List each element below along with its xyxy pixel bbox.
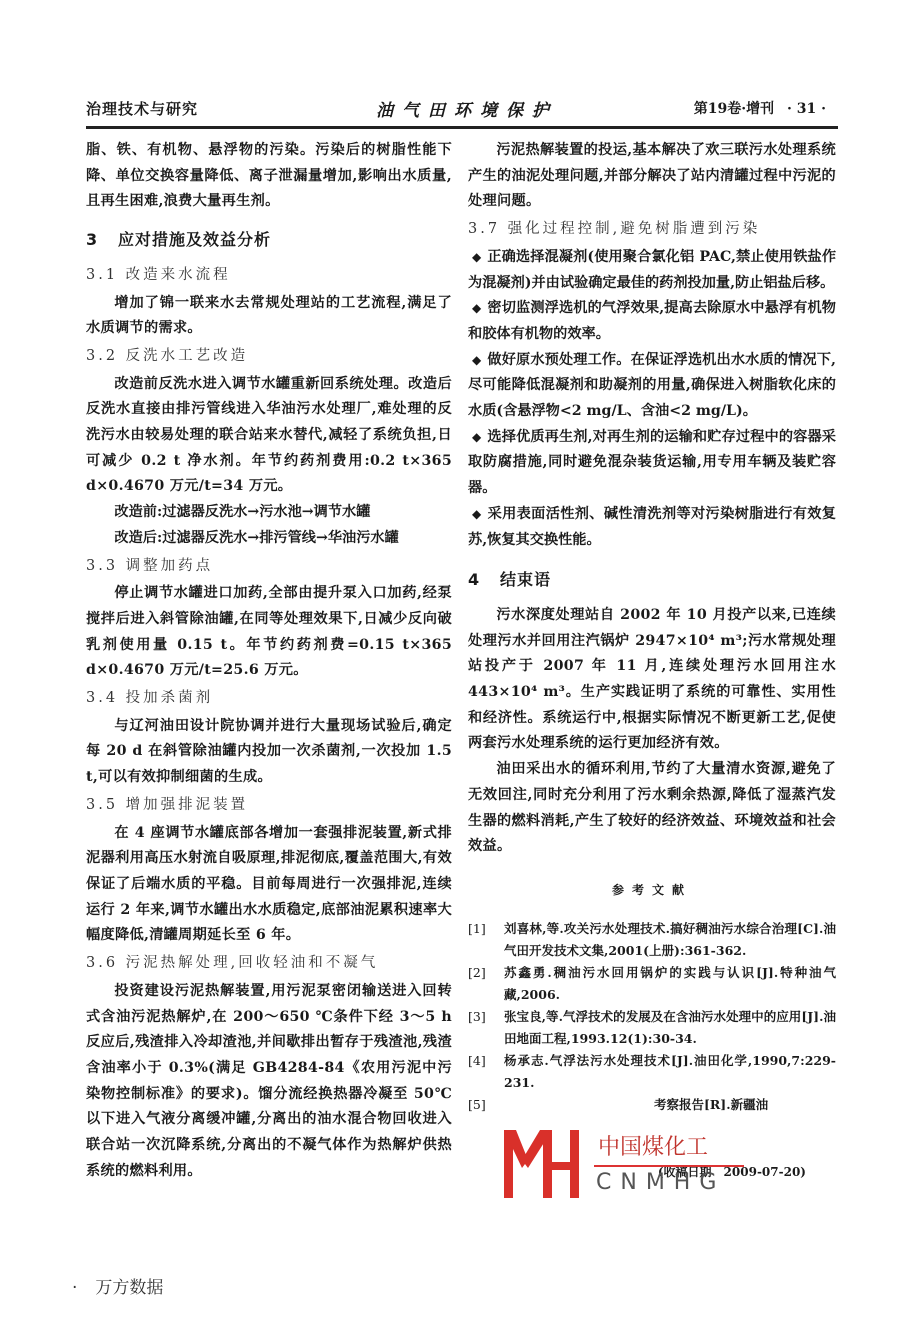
- subsection-3-6-continued: 污泥热解装置的投运,基本解决了欢三联污水处理系统产生的油泥处理问题,并部分解决了…: [468, 138, 836, 215]
- subsection-3-4-body: 与辽河油田设计院协调并进行大量现场试验后,确定每 20 d 在斜管除油罐内投加一…: [86, 714, 452, 791]
- subsection-3-2-title: 3.2 反洗水工艺改造: [86, 344, 452, 370]
- header-section-label: 治理技术与研究: [86, 98, 198, 119]
- cnmhg-logo-icon: [502, 1130, 582, 1198]
- reference-item: [5] 考察报告[R].新疆油: [468, 1094, 836, 1116]
- right-column: 污泥热解装置的投运,基本解决了欢三联污水处理系统产生的油泥处理问题,并部分解决了…: [468, 138, 836, 1185]
- references-list: [1]刘喜林,等.攻关污水处理技术.搞好稠油污水综合治理[C].油气田开发技术文…: [468, 918, 836, 1116]
- flow-before: 改造前:过滤器反洗水→污水池→调节水罐: [86, 500, 452, 526]
- watermark-chinese-text: 中国煤化工: [594, 1130, 712, 1161]
- diamond-bullet-icon: ◆: [472, 250, 481, 264]
- conclusion-paragraph-1: 污水深度处理站自 2002 年 10 月投产以来,已连续处理污水并回用注汽锅炉 …: [468, 603, 836, 757]
- watermark-logo: 中国煤化工 CNMHG: [502, 1130, 742, 1200]
- watermark-english-text: CNMHG: [596, 1170, 725, 1195]
- subsection-3-3-title: 3.3 调整加药点: [86, 554, 452, 580]
- diamond-bullet-icon: ◆: [472, 301, 481, 315]
- running-header: 治理技术与研究 油气田环境保护 第19卷·增刊 · 31 ·: [86, 96, 826, 122]
- section-number: 3: [86, 227, 118, 253]
- footer-dot: ·: [72, 1278, 77, 1298]
- section-title: 应对措施及效益分析: [118, 230, 271, 249]
- header-journal-title: 油气田环境保护: [376, 96, 558, 121]
- subsection-3-1-title: 3.1 改造来水流程: [86, 263, 452, 289]
- header-volume: 第19卷·增刊: [694, 101, 774, 117]
- bullet-item: ◆密切监测浮选机的气浮效果,提高去除原水中悬浮有机物和胶体有机物的效率。: [468, 296, 836, 347]
- subsection-3-6-body: 投资建设污泥热解装置,用污泥泵密闭输送进入回转式含油污泥热解炉,在 200～65…: [86, 979, 452, 1185]
- header-page-number: · 31 ·: [787, 101, 826, 117]
- diamond-bullet-icon: ◆: [472, 507, 482, 521]
- header-divider: [86, 126, 838, 129]
- left-column: 脂、铁、有机物、悬浮物的污染。污染后的树脂性能下降、单位交换容量降低、离子泄漏量…: [86, 138, 452, 1184]
- section-number: 4: [468, 567, 500, 593]
- conclusion-paragraph-2: 油田采出水的循环利用,节约了大量清水资源,避免了无效回注,同时充分利用了污水剩余…: [468, 757, 836, 860]
- section-title: 结束语: [500, 570, 551, 589]
- subsection-3-5-title: 3.5 增加强排泥装置: [86, 793, 452, 819]
- bullet-list: ◆正确选择混凝剂(使用聚合氯化铝 PAC,禁止使用铁盐作为混凝剂)并由试验确定最…: [468, 245, 836, 553]
- subsection-3-2-body: 改造前反洗水进入调节水罐重新回系统处理。改造后反洗水直接由排污管线进入华油污水处…: [86, 372, 452, 501]
- reference-item: [1]刘喜林,等.攻关污水处理技术.搞好稠油污水综合治理[C].油气田开发技术文…: [468, 918, 836, 962]
- references-title: 参考文献: [468, 878, 836, 904]
- footer-source: 万方数据: [95, 1278, 163, 1298]
- reference-item: [4]杨承志.气浮法污水处理技术[J].油田化学,1990,7:229-231.: [468, 1050, 836, 1094]
- subsection-3-1-body: 增加了锦一联来水去常规处理站的工艺流程,满足了水质调节的需求。: [86, 291, 452, 342]
- reference-item: [2]苏鑫勇.稠油污水回用锅炉的实践与认识[J].特种油气藏,2006.: [468, 962, 836, 1006]
- subsection-3-7-title: 3.7 强化过程控制,避免树脂遭到污染: [468, 217, 836, 243]
- page-footer: ·万方数据: [72, 1273, 163, 1298]
- subsection-3-5-body: 在 4 座调节水罐底部各增加一套强排泥装置,新式排泥器利用高压水射流自吸原理,排…: [86, 821, 452, 950]
- bullet-item: ◆做好原水预处理工作。在保证浮选机出水水质的情况下,尽可能降低混凝剂和助凝剂的用…: [468, 348, 836, 425]
- header-volume-page: 第19卷·增刊 · 31 ·: [694, 98, 826, 118]
- section-3-heading: 3应对措施及效益分析: [86, 227, 452, 253]
- intro-paragraph: 脂、铁、有机物、悬浮物的污染。污染后的树脂性能下降、单位交换容量降低、离子泄漏量…: [86, 138, 452, 215]
- watermark-divider: [594, 1165, 744, 1167]
- subsection-3-6-title: 3.6 污泥热解处理,回收轻油和不凝气: [86, 951, 452, 977]
- bullet-item: ◆选择优质再生剂,对再生剂的运输和贮存过程中的容器采取防腐措施,同时避免混杂装货…: [468, 425, 836, 502]
- document-page: 治理技术与研究 油气田环境保护 第19卷·增刊 · 31 · 脂、铁、有机物、悬…: [0, 0, 904, 1320]
- flow-after: 改造后:过滤器反洗水→排污管线→华油污水罐: [86, 526, 452, 552]
- bullet-item: ◆正确选择混凝剂(使用聚合氯化铝 PAC,禁止使用铁盐作为混凝剂)并由试验确定最…: [468, 245, 836, 296]
- diamond-bullet-icon: ◆: [472, 353, 481, 367]
- subsection-3-4-title: 3.4 投加杀菌剂: [86, 686, 452, 712]
- diamond-bullet-icon: ◆: [472, 430, 481, 444]
- reference-item: [3]张宝良,等.气浮技术的发展及在含油污水处理中的应用[J].油田地面工程,1…: [468, 1006, 836, 1050]
- bullet-item: ◆采用表面活性剂、碱性清洗剂等对污染树脂进行有效复苏,恢复其交换性能。: [468, 502, 836, 553]
- subsection-3-3-body: 停止调节水罐进口加药,全部由提升泵入口加药,经泵搅拌后进入斜管除油罐,在同等处理…: [86, 581, 452, 684]
- section-4-heading: 4结束语: [468, 567, 836, 593]
